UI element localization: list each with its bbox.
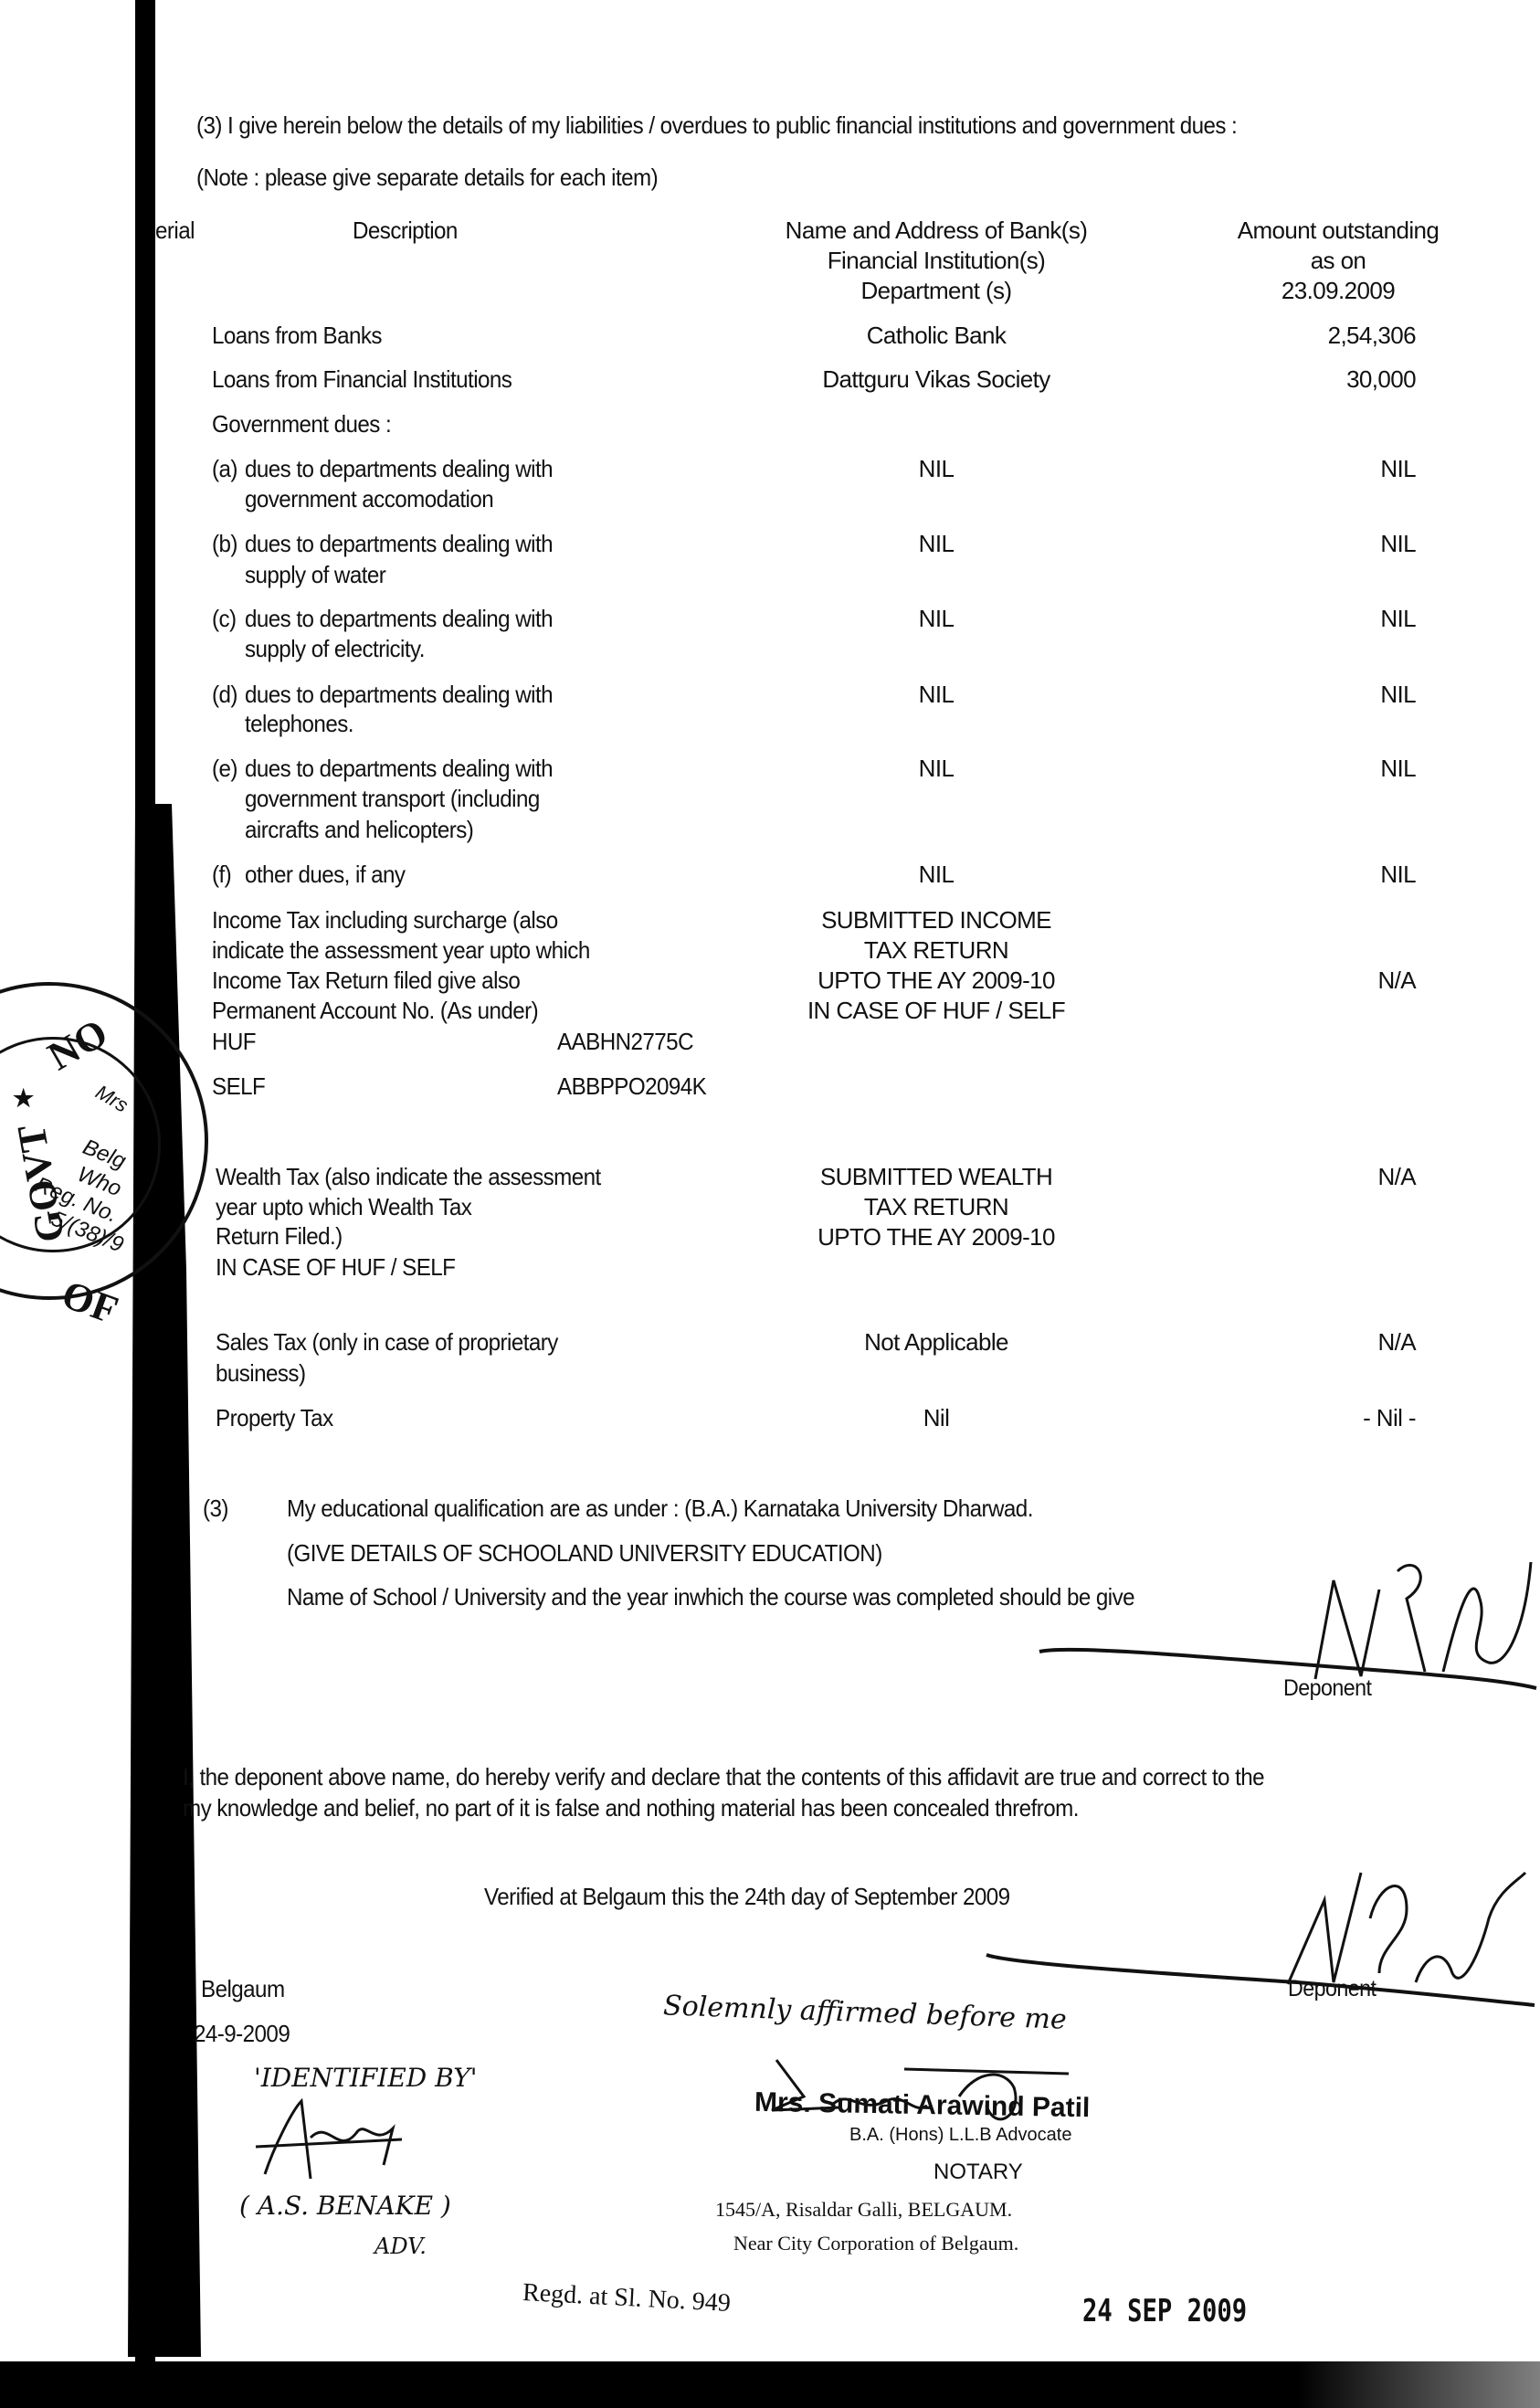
row-description: dues to departments dealing with [245,680,553,710]
row-description: dues to departments dealing with [245,529,553,559]
notary-title: NOTARY [933,2160,1023,2185]
notary-qualification: B.A. (Hons) L.L.B Advocate [849,2125,1071,2146]
row-amount: NIL [1187,680,1416,710]
row-amount: N/A [1187,1162,1416,1192]
identifier-heading: 'IDENTIFIED BY' [254,2063,477,2093]
row-institution: SUBMITTED INCOME TAX RETURN UPTO THE AY … [712,905,1160,1026]
header-serial: erial [155,216,195,246]
scan-fade [1297,2357,1540,2408]
intro-note: (Note : please give separate details for… [196,163,658,193]
row-description: Loans from Banks [212,321,382,351]
row-amount: 30,000 [1187,364,1416,395]
identifier-signature [256,2092,438,2183]
star-icon: ★ [13,1085,34,1113]
education-line-3: Name of School / University and the year… [287,1582,1134,1612]
row-institution: Dattguru Vikas Society [712,364,1160,395]
verification-line-2: my knowledge and belief, no part of it i… [183,1793,1079,1823]
notary-address-2: Near City Corporation of Belgaum. [733,2232,1018,2255]
row-label: (b) [212,529,237,559]
row-description: Wealth Tax (also indicate the assessment [216,1162,601,1192]
row-institution: Nil [712,1403,1160,1433]
row-description: supply of electricity. [245,634,425,664]
header-amount: Amount outstanding as on 23.09.2009 [1224,216,1452,306]
row-label: (d) [212,680,237,710]
row-amount: 2,54,306 [1187,321,1416,351]
deponent-label-1: Deponent [1283,1674,1371,1704]
row-institution: NIL [712,680,1160,710]
row-label: (a) [212,454,237,484]
row-institution: NIL [712,860,1160,890]
row-description: Loans from Financial Institutions [212,364,512,395]
row-description: Income Tax Return filed give also [212,966,520,996]
education-number: (3) [203,1494,228,1524]
row-label: (f) [212,860,231,890]
row-amount: NIL [1187,529,1416,559]
row-institution: NIL [712,604,1160,634]
row-label: (e) [212,754,237,784]
row-institution: NIL [712,529,1160,559]
deponent-label-2: Deponent [1288,1974,1376,2004]
row-amount: - Nil - [1187,1403,1416,1433]
row-amount: NIL [1187,604,1416,634]
row-description: government transport (including [245,784,540,814]
verification-line-1: I, the deponent above name, do hereby ve… [183,1762,1264,1792]
place: Belgaum [201,1974,285,2004]
pan-type: SELF [212,1072,265,1102]
verified-line: Verified at Belgaum this the 24th day of… [484,1882,1010,1912]
row-institution: NIL [712,454,1160,484]
identifier-name: ( A.S. BENAKE ) [239,2191,451,2221]
header-description: Description [353,216,458,246]
education-line-2: (GIVE DETAILS OF SCHOOLAND UNIVERSITY ED… [287,1538,882,1568]
row-amount: NIL [1187,860,1416,890]
row-institution: Catholic Bank [712,321,1160,351]
row-description: year upto which Wealth Tax [216,1192,471,1222]
pan-type: HUF [212,1027,256,1057]
row-label: (c) [212,604,237,634]
row-institution: Not Applicable [712,1327,1160,1357]
row-institution: NIL [712,754,1160,784]
notary-name: Mrs. Sumati Arawind Patil [754,2087,1091,2124]
row-description: indicate the assessment year upto which [212,935,590,966]
header-institution: Name and Address of Bank(s) Financial In… [712,216,1160,306]
notary-registration: Regd. at Sl. No. 949 [522,2278,731,2318]
row-description: Sales Tax (only in case of proprietary [216,1327,558,1357]
row-description: dues to departments dealing with [245,604,553,634]
row-amount: N/A [1187,966,1416,996]
row-description: other dues, if any [245,860,405,890]
row-description: supply of water [245,560,385,590]
row-amount: NIL [1187,454,1416,484]
row-description: Government dues : [212,409,391,439]
row-description: Permanent Account No. (As under) [212,996,538,1026]
row-description: Return Filed.) [216,1221,343,1252]
row-description: government accomodation [245,484,493,514]
identifier-title: ADV. [374,2234,427,2259]
row-amount: NIL [1187,754,1416,784]
row-description: Property Tax [216,1403,333,1433]
pan-number: AABHN2775C [557,1027,693,1057]
row-description: aircrafts and helicopters) [245,815,473,845]
row-description: business) [216,1358,305,1389]
row-description: Income Tax including surcharge (also [212,905,558,935]
row-description: IN CASE OF HUF / SELF [216,1252,455,1283]
row-description: telephones. [245,709,353,739]
intro-line: (3) I give herein below the details of m… [196,111,1237,141]
notary-address-1: 1545/A, Risaldar Galli, BELGAUM. [715,2198,1012,2222]
education-line-1: My educational qualification are as unde… [287,1494,1033,1524]
notary-date-stamp: 24 SEP 2009 [1082,2293,1247,2329]
row-description: dues to departments dealing with [245,754,553,784]
pan-number: ABBPPO2094K [557,1072,706,1102]
row-institution: SUBMITTED WEALTH TAX RETURN UPTO THE AY … [712,1162,1160,1252]
date: 24-9-2009 [194,2019,290,2049]
row-description: dues to departments dealing with [245,454,553,484]
row-amount: N/A [1187,1327,1416,1357]
